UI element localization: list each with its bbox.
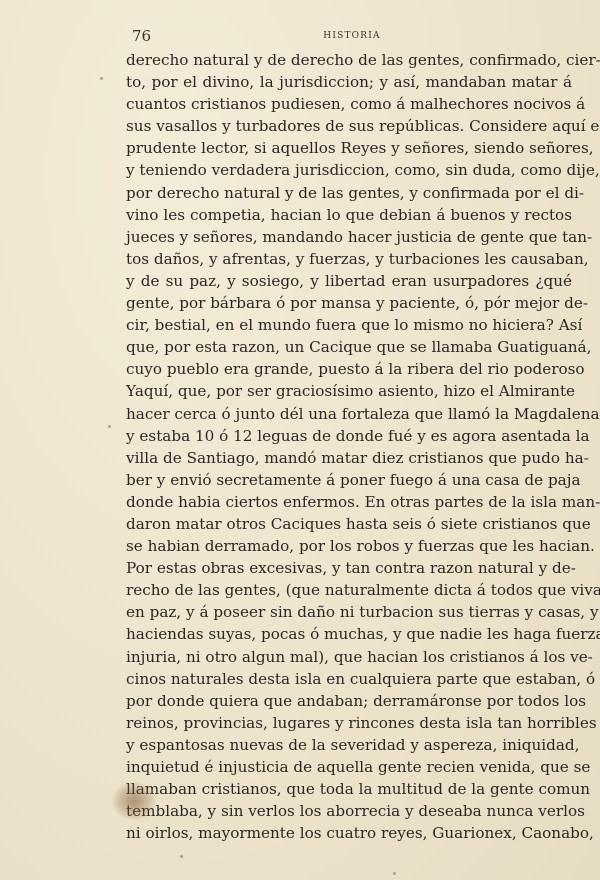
text-line: villa de Santiago, mandó matar diez cris… (126, 447, 572, 469)
body-text: derecho natural y de derecho de las gent… (126, 49, 572, 844)
text-line: daron matar otros Caciques hasta seis ó … (126, 513, 572, 535)
text-line: que, por esta razon, un Cacique que se l… (126, 336, 572, 358)
speck (393, 872, 396, 875)
text-line: se habian derramado, por los robos y fue… (126, 535, 572, 557)
text-line: Yaquí, que, por ser graciosísimo asiento… (126, 380, 572, 402)
text-line: jueces y señores, mandando hacer justici… (126, 226, 572, 248)
text-line: cinos naturales desta isla en cualquiera… (126, 668, 572, 690)
text-line: reinos, provincias, lugares y rincones d… (126, 712, 572, 734)
text-line: temblaba, y sin verlos los aborrecia y d… (126, 800, 572, 822)
speck (108, 425, 111, 428)
text-line: llamaban cristianos, que toda la multitu… (126, 778, 572, 800)
text-line: y estaba 10 ó 12 leguas de donde fué y e… (126, 425, 572, 447)
text-line: derecho natural y de derecho de las gent… (126, 49, 572, 71)
text-line: cir, bestial, en el mundo fuera que lo m… (126, 314, 572, 336)
text-line: injuria, ni otro algun mal), que hacian … (126, 646, 572, 668)
book-page: 76 HISTORIA derecho natural y de derecho… (0, 0, 600, 880)
text-line: cuantos cristianos pudiesen, como á malh… (126, 93, 572, 115)
speck (180, 855, 183, 858)
text-line: sus vasallos y turbadores de sus repúbli… (126, 115, 572, 137)
text-line: ber y envió secretamente á poner fuego á… (126, 469, 572, 491)
running-head: HISTORIA (132, 31, 572, 41)
text-line: por donde quiera que andaban; derramáron… (126, 690, 572, 712)
text-line: cuyo pueblo era grande, puesto á la ribe… (126, 358, 572, 380)
text-line: y teniendo verdadera jurisdiccion, como,… (126, 159, 572, 181)
text-line: en paz, y á poseer sin daño ni turbacion… (126, 601, 572, 623)
text-line: donde habia ciertos enfermos. En otras p… (126, 491, 572, 513)
speck (100, 77, 103, 80)
text-line: ni oirlos, mayormente los cuatro reyes, … (126, 822, 572, 844)
text-line: Por estas obras excesivas, y tan contra … (126, 557, 572, 579)
text-line: inquietud é injusticia de aquella gente … (126, 756, 572, 778)
text-line: gente, por bárbara ó por mansa y pacient… (126, 292, 572, 314)
text-line: recho de las gentes, (que naturalmente d… (126, 579, 572, 601)
page-header: 76 HISTORIA (132, 27, 572, 47)
text-line: haciendas suyas, pocas ó muchas, y que n… (126, 623, 572, 645)
text-line: y espantosas nuevas de la severidad y as… (126, 734, 572, 756)
text-line: tos daños, y afrentas, y fuerzas, y turb… (126, 248, 572, 270)
text-line: por derecho natural y de las gentes, y c… (126, 182, 572, 204)
text-line: hacer cerca ó junto dél una fortaleza qu… (126, 403, 572, 425)
text-line: prudente lector, si aquellos Reyes y señ… (126, 137, 572, 159)
text-line: vino les competia, hacian lo que debian … (126, 204, 572, 226)
stain-mark (112, 782, 156, 820)
text-line: y de su paz, y sosiego, y libertad eran … (126, 270, 572, 292)
text-line: to, por el divino, la jurisdiccion; y as… (126, 71, 572, 93)
